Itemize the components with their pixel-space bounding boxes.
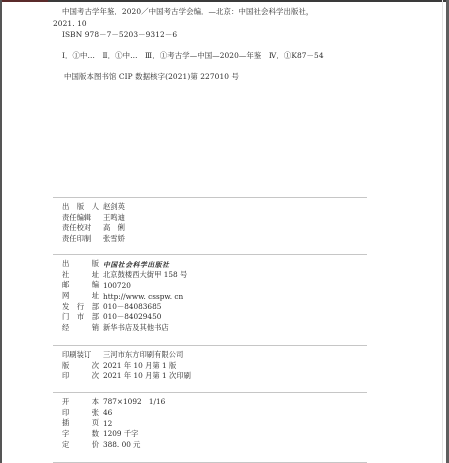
publisher-label: 发行部 — [62, 302, 99, 312]
divider — [53, 392, 367, 393]
label-char: 印 — [62, 371, 69, 381]
cip-record-number: 中国版本图书馆 CIP 数据核字(2021)第 227010 号 — [64, 73, 239, 80]
label-char: 数 — [92, 429, 99, 439]
page-border-left — [0, 0, 2, 463]
label-char: 销 — [92, 323, 99, 333]
specs-block: 开本787×1092 1/16印张46插页12字数1209 千字定价388. 0… — [62, 397, 165, 450]
label-char: 页 — [92, 418, 99, 428]
divider — [53, 254, 367, 255]
label-char: 社 — [62, 270, 69, 280]
printing-value: 2021 年 10 月第 1 次印刷 — [103, 371, 191, 381]
staff-row: 责任印制张雪娇 — [62, 234, 125, 245]
staff-value: 张雪娇 — [103, 234, 125, 244]
page-border-top — [0, 0, 449, 2]
label-char: 出 — [62, 202, 69, 212]
page-border-accent — [0, 0, 48, 2]
cip-classification-line: Ⅰ．①中… Ⅱ．①中… Ⅲ．①考古学—中国—2020—年鉴 Ⅳ．①K87－54 — [62, 52, 324, 59]
specs-label: 开本 — [62, 397, 99, 407]
printing-value: 2021 年 10 月第 1 版 — [103, 361, 176, 371]
label-char: 版 — [62, 361, 69, 371]
publisher-row: 经销新华书店及其他书店 — [62, 323, 187, 334]
label-char: 版 — [92, 259, 99, 269]
label-char: 次 — [92, 371, 99, 381]
divider — [53, 197, 367, 198]
label-char: 邮 — [62, 280, 69, 290]
publisher-label: 经销 — [62, 323, 99, 333]
printing-block: 印刷装订三河市东方印刷有限公司版次2021 年 10 月第 1 版印次2021 … — [62, 350, 191, 382]
label-char: 张 — [92, 408, 99, 418]
printing-row: 印刷装订三河市东方印刷有限公司 — [62, 350, 191, 361]
publisher-value: 新华书店及其他书店 — [103, 323, 169, 333]
printing-label: 版次 — [62, 361, 99, 371]
label-char: 行 — [77, 302, 84, 312]
label-char: 次 — [92, 361, 99, 371]
label-char: 插 — [62, 418, 69, 428]
publisher-row: 社址北京鼓楼西大街甲 158 号 — [62, 270, 187, 281]
staff-block: 出版人赵剑英责任编辑王鸣迪责任校对高 俐责任印制张雪娇 — [62, 202, 125, 244]
printing-label: 印次 — [62, 371, 99, 381]
cip-isbn-line: ISBN 978－7－5203－9312－6 — [62, 31, 177, 38]
staff-value: 高 俐 — [103, 223, 125, 233]
publisher-label: 网址 — [62, 291, 99, 301]
label-char: 价 — [92, 440, 99, 450]
label-char: 责任印制 — [62, 234, 91, 244]
label-char: 人 — [92, 202, 99, 212]
specs-label: 印张 — [62, 408, 99, 418]
specs-row: 字数1209 千字 — [62, 429, 165, 440]
label-char: 址 — [92, 291, 99, 301]
specs-row: 印张46 — [62, 408, 165, 419]
label-char: 市 — [77, 312, 84, 322]
publisher-label: 社址 — [62, 270, 99, 280]
divider — [53, 345, 367, 346]
publisher-block: 出版中国社会科学出版社社址北京鼓楼西大街甲 158 号邮编100720网址htt… — [62, 259, 187, 333]
specs-label: 插页 — [62, 418, 99, 428]
label-char: 出 — [62, 259, 69, 269]
label-char: 字 — [62, 429, 69, 439]
staff-label: 责任校对 — [62, 223, 99, 233]
printing-value: 三河市东方印刷有限公司 — [103, 350, 183, 360]
label-char: 责任校对 — [62, 223, 91, 233]
specs-row: 插页12 — [62, 418, 165, 429]
label-char: 本 — [92, 397, 99, 407]
label-char: 网 — [62, 291, 69, 301]
label-char: 发 — [62, 302, 69, 312]
specs-value: 787×1092 1/16 — [103, 397, 165, 407]
label-char: 部 — [92, 302, 99, 312]
staff-label: 责任印制 — [62, 234, 99, 244]
staff-label: 责任编辑 — [62, 213, 99, 223]
publisher-value: 010－84083685 — [103, 302, 161, 312]
staff-label: 出版人 — [62, 202, 99, 212]
publisher-value: http://www. csspw. cn — [103, 292, 183, 301]
specs-label: 字数 — [62, 429, 99, 439]
label-char: 开 — [62, 397, 69, 407]
printing-row: 印次2021 年 10 月第 1 次印刷 — [62, 371, 191, 382]
specs-value: 12 — [103, 419, 112, 428]
printing-row: 版次2021 年 10 月第 1 版 — [62, 361, 191, 372]
publisher-value: 北京鼓楼西大街甲 158 号 — [103, 270, 187, 280]
staff-row: 出版人赵剑英 — [62, 202, 125, 213]
publisher-row: 网址http://www. csspw. cn — [62, 291, 187, 302]
specs-value: 388. 00 元 — [103, 440, 140, 450]
label-char: 定 — [62, 440, 69, 450]
publisher-label: 门市部 — [62, 312, 99, 322]
label-char: 经 — [62, 323, 69, 333]
staff-value: 赵剑英 — [103, 202, 125, 212]
cip-date-line: 2021. 10 — [53, 20, 87, 27]
specs-row: 开本787×1092 1/16 — [62, 397, 165, 408]
label-char: 责任编辑 — [62, 213, 91, 223]
publisher-row: 发行部010－84083685 — [62, 301, 187, 312]
staff-row: 责任校对高 俐 — [62, 223, 125, 234]
publisher-value: 中国社会科学出版社 — [103, 259, 170, 269]
publisher-row: 门市部010－84029450 — [62, 312, 187, 323]
publisher-row: 邮编100720 — [62, 280, 187, 291]
specs-row: 定价388. 00 元 — [62, 439, 165, 450]
label-char: 版 — [77, 202, 84, 212]
cip-title-line: 中国考古学年鉴．2020／中国考古学会编．—北京：中国社会科学出版社， — [62, 8, 313, 15]
label-char: 印 — [62, 408, 69, 418]
publisher-row: 出版中国社会科学出版社 — [62, 259, 187, 270]
publisher-value: 010－84029450 — [103, 312, 161, 322]
specs-value: 1209 千字 — [103, 429, 138, 439]
staff-row: 责任编辑王鸣迪 — [62, 213, 125, 224]
staff-value: 王鸣迪 — [103, 213, 125, 223]
page-edge-line — [442, 0, 443, 463]
label-char: 印刷装订 — [62, 350, 91, 360]
label-char: 址 — [92, 270, 99, 280]
printing-label: 印刷装订 — [62, 350, 99, 360]
publisher-label: 邮编 — [62, 280, 99, 290]
specs-value: 46 — [103, 408, 112, 417]
specs-label: 定价 — [62, 440, 99, 450]
publisher-value: 100720 — [103, 281, 131, 290]
publisher-label: 出版 — [62, 259, 99, 269]
label-char: 编 — [92, 280, 99, 290]
label-char: 门 — [62, 312, 69, 322]
label-char: 部 — [92, 312, 99, 322]
